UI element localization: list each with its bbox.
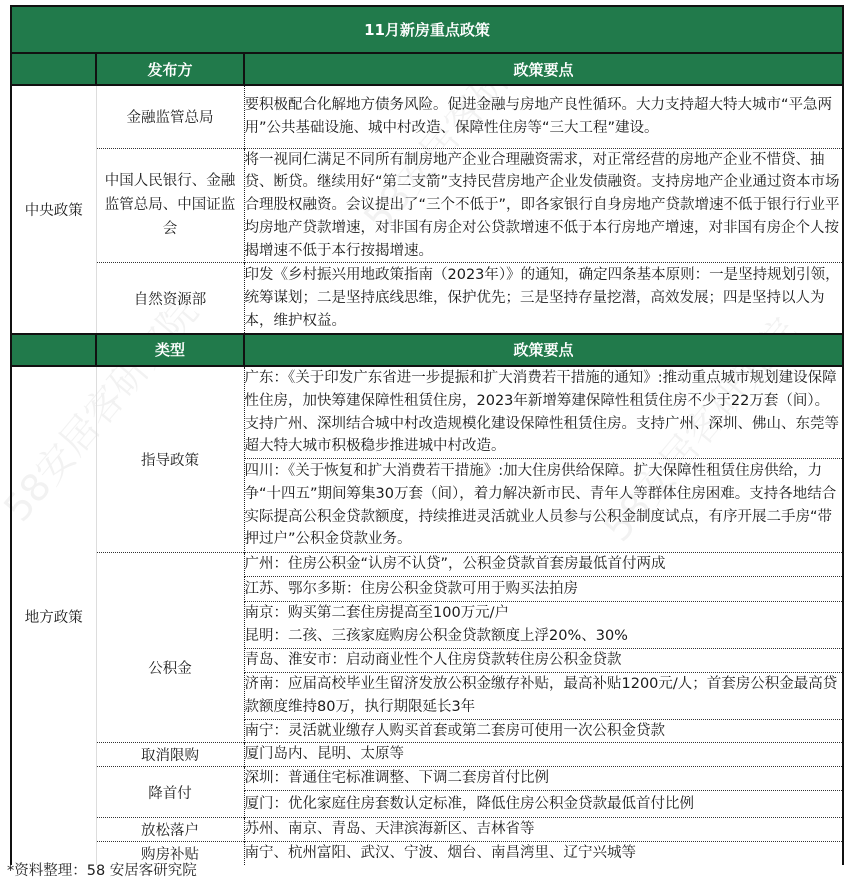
policy-text: 广东：《关于印发广东省进一步提振和扩大消费若干措施的通知》:推动重点城市规划建设…: [244, 366, 843, 459]
header-policy-points: 政策要点: [244, 53, 843, 85]
policy-text: 南宁：灵活就业缴存人购买首套或第二套房可使用一次公积金贷款: [244, 719, 843, 743]
policy-text: 苏州、南京、青岛、天津滨海新区、吉林省等: [244, 818, 843, 842]
table-row: 公积金 广州：住房公积金“认房不认贷”，公积金贷款首套房最低首付两成: [11, 553, 843, 577]
policy-text: 深圳：普通住宅标准调整、下调二套房首付比例: [244, 767, 843, 791]
policy-text: 将一视同仁满足不同所有制房地产企业合理融资需求，对正常经营的房地产企业不惜贷、抽…: [244, 148, 843, 263]
header-blank: [11, 334, 96, 366]
source-footnote: *资料整理：58 安居客研究院: [7, 859, 197, 880]
policy-text: 青岛、淮安市：启动商业性个人住房贷款转住房公积金贷款: [244, 648, 843, 672]
table-row: 中国人民银行、金融监管总局、中国证监会 将一视同仁满足不同所有制房地产企业合理融…: [11, 148, 843, 263]
table-row: 自然资源部 印发《乡村振兴用地政策指南（2023年）》的通知，确定四条基本原则：…: [11, 263, 843, 334]
policy-text: 江苏、鄂尔多斯：住房公积金贷款可用于购买法拍房: [244, 576, 843, 601]
table-row: 地方政策 指导政策 广东：《关于印发广东省进一步提振和扩大消费若干措施的通知》:…: [11, 366, 843, 459]
table-row: 放松落户 苏州、南京、青岛、天津滨海新区、吉林省等: [11, 818, 843, 842]
header-issuer: 发布方: [96, 53, 244, 85]
table-row: 中央政策 金融监管总局 要积极配合化解地方债务风险。促进金融与房地产良性循环。大…: [11, 85, 843, 148]
policy-text: 厦门岛内、昆明、太原等: [244, 743, 843, 767]
policy-text: 济南：应届高校毕业生留济发放公积金缴存补贴，最高补贴1200元/人；首套房公积金…: [244, 672, 843, 719]
category-central: 中央政策: [11, 85, 96, 334]
policy-text: 四川：《关于恢复和扩大消费若干措施》:加大住房供给保障。扩大保障性租赁住房供给，…: [244, 459, 843, 553]
type-cell: 公积金: [96, 553, 244, 743]
issuer-cell: 自然资源部: [96, 263, 244, 334]
header-policy-points: 政策要点: [244, 334, 843, 366]
type-cell: 指导政策: [96, 366, 244, 553]
issuer-cell: 中国人民银行、金融监管总局、中国证监会: [96, 148, 244, 263]
issuer-cell: 金融监管总局: [96, 85, 244, 148]
table-title: 11月新房重点政策: [11, 6, 843, 53]
table-row: 取消限购 厦门岛内、昆明、太原等: [11, 743, 843, 767]
policy-text: 印发《乡村振兴用地政策指南（2023年）》的通知，确定四条基本原则：一是坚持规划…: [244, 263, 843, 334]
category-local: 地方政策: [11, 366, 96, 865]
type-cell: 降首付: [96, 767, 244, 818]
local-header-row: 类型 政策要点: [11, 334, 843, 366]
policy-text: 广州：住房公积金“认房不认贷”，公积金贷款首套房最低首付两成: [244, 553, 843, 577]
policy-text: 南宁、杭州富阳、武汉、宁波、烟台、南昌湾里、辽宁兴城等: [244, 842, 843, 865]
table-title-row: 11月新房重点政策: [11, 6, 843, 53]
table-row: 降首付 深圳：普通住宅标准调整、下调二套房首付比例: [11, 767, 843, 791]
type-cell: 取消限购: [96, 743, 244, 767]
policy-table: 11月新房重点政策 发布方 政策要点 中央政策 金融监管总局 要积极配合化解地方…: [10, 5, 844, 865]
policy-text: 要积极配合化解地方债务风险。促进金融与房地产良性循环。大力支持超大特大城市“平急…: [244, 85, 843, 148]
central-header-row: 发布方 政策要点: [11, 53, 843, 85]
policy-text: 厦门：优化家庭住房套数认定标准，降低住房公积金贷款最低首付比例: [244, 791, 843, 818]
policy-text: 南京：购买第二套住房提高至100万元/户 昆明：二孩、三孩家庭购房公积金贷款额度…: [244, 601, 843, 648]
header-blank: [11, 53, 96, 85]
header-type: 类型: [96, 334, 244, 366]
type-cell: 放松落户: [96, 818, 244, 842]
